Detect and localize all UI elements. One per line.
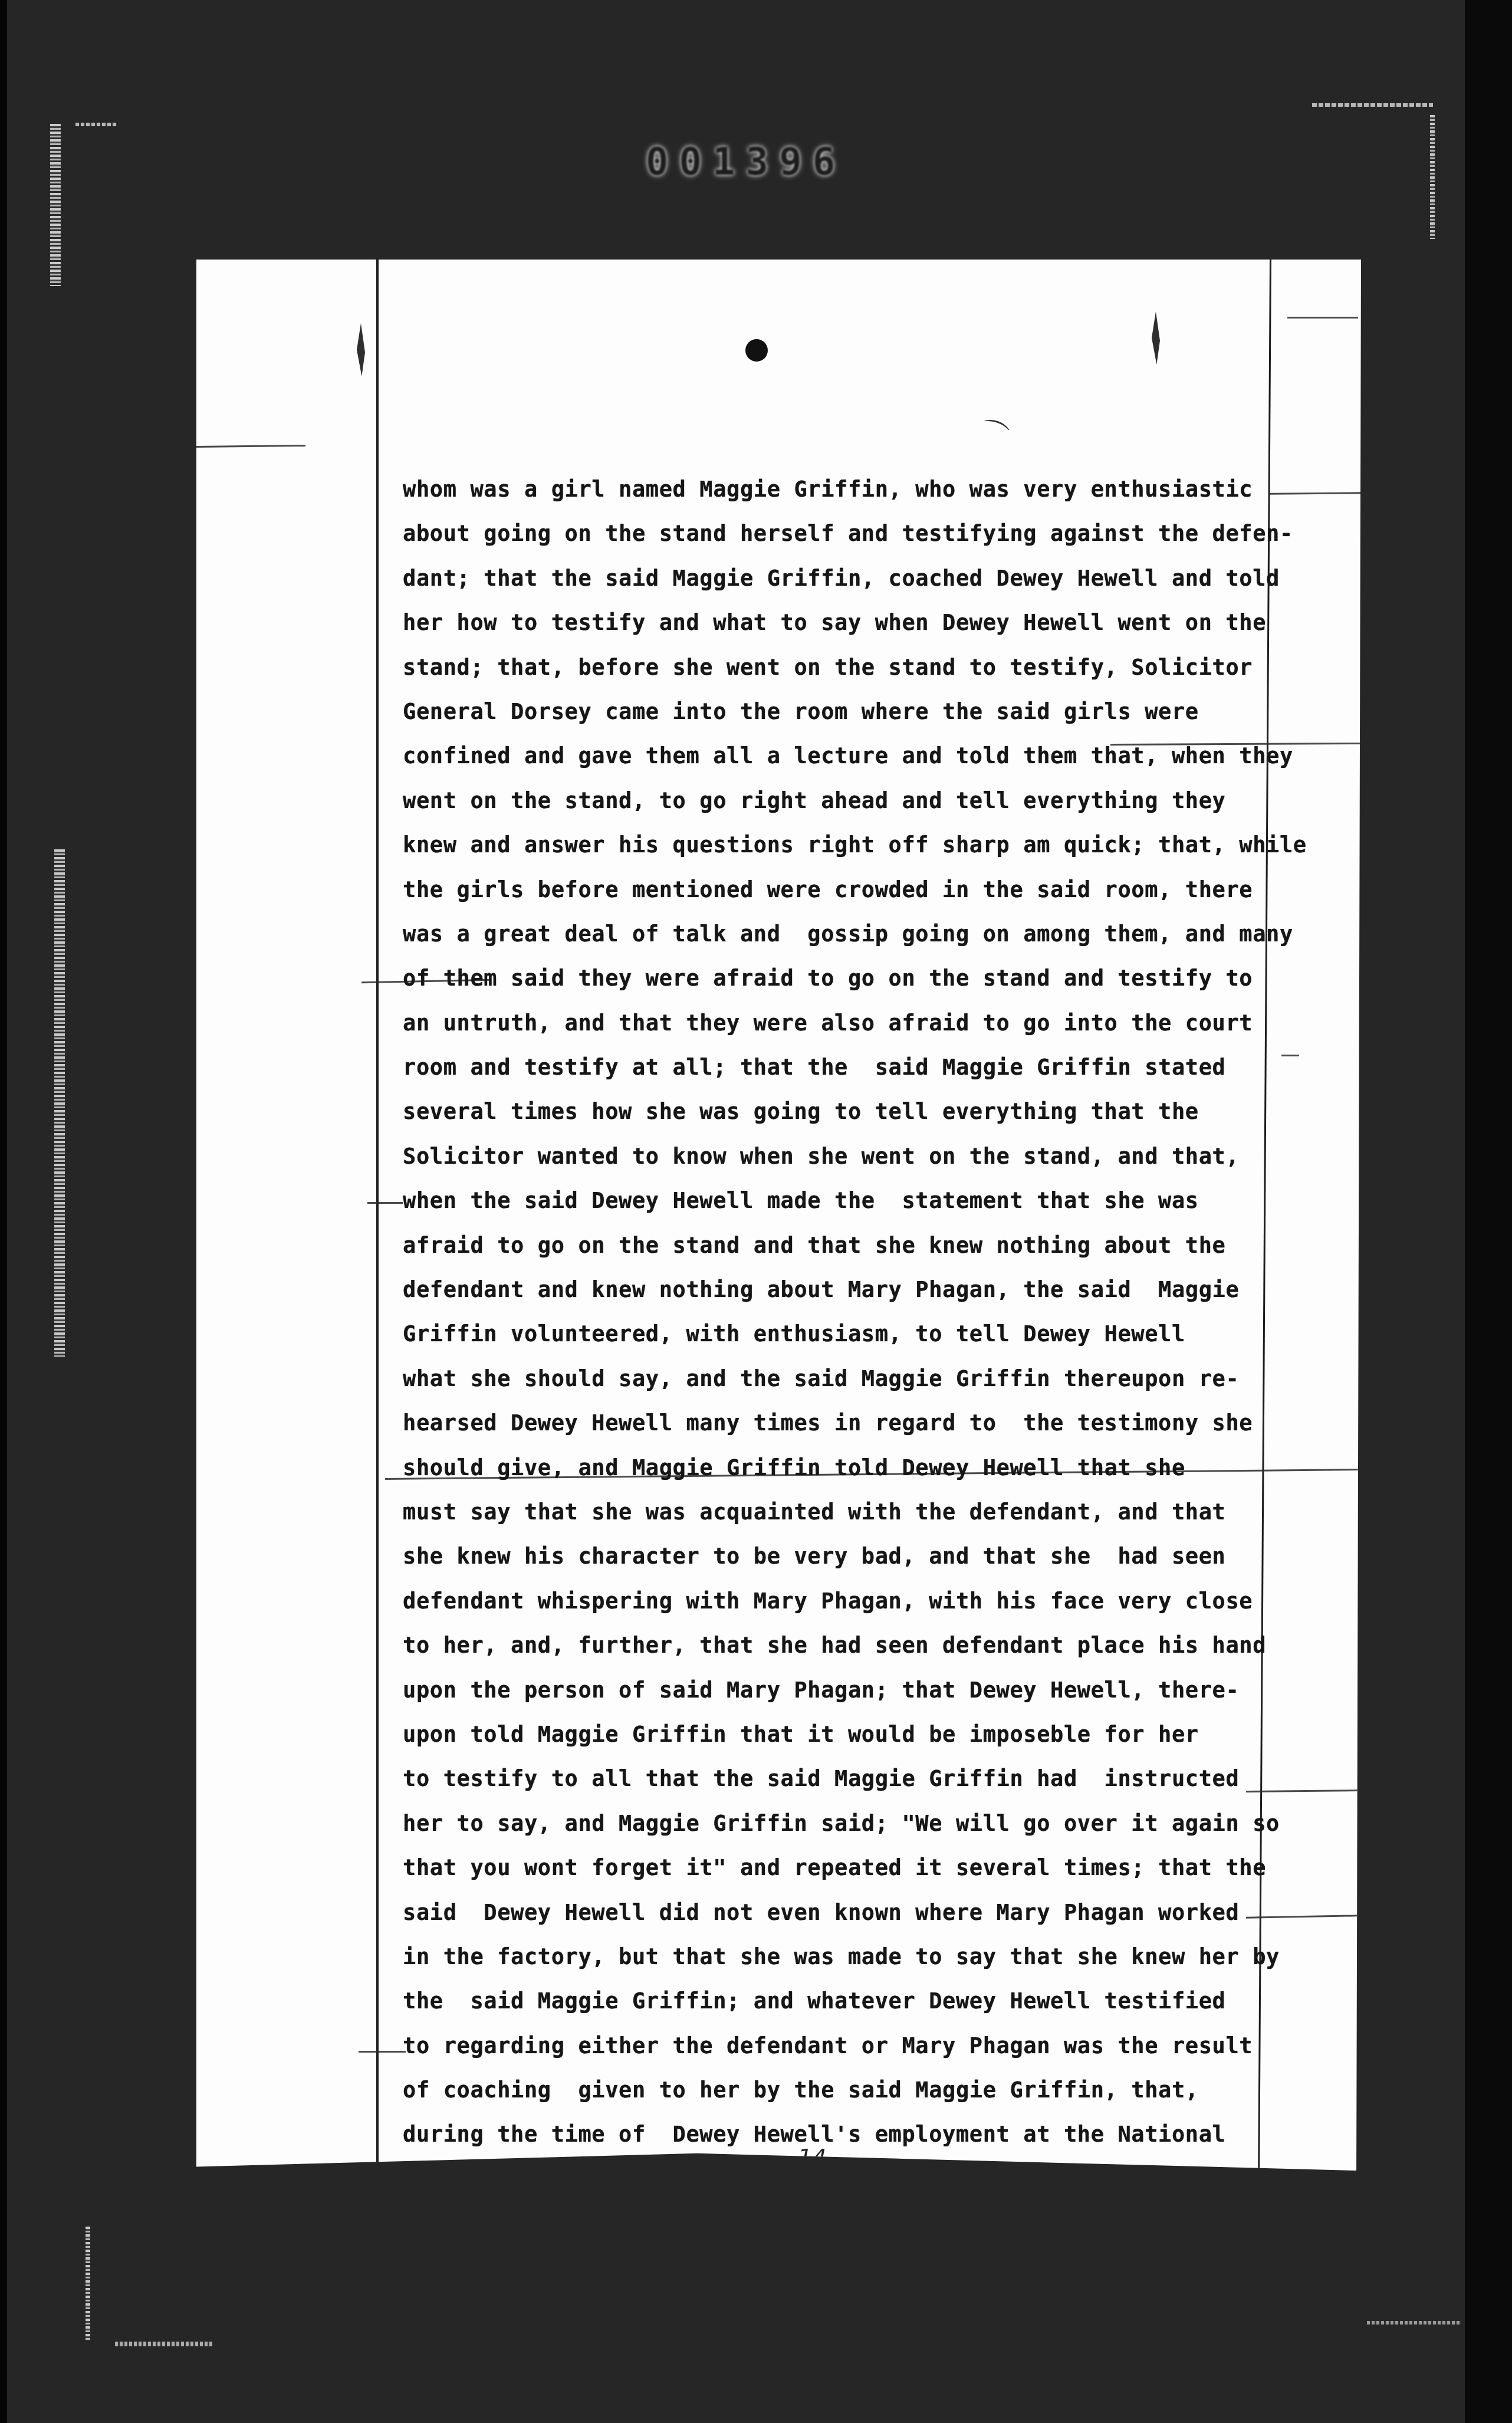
text-line: the said Maggie Griffin; and whatever De…	[403, 1979, 1405, 2023]
text-line: knew and answer his questions right off …	[403, 823, 1405, 867]
text-line: of coaching given to her by the said Mag…	[403, 2068, 1405, 2112]
text-line: in the factory, but that she was made to…	[403, 1935, 1405, 1979]
fold-line	[1287, 317, 1358, 319]
text-line: said Dewey Hewell did not even known whe…	[403, 1890, 1405, 1935]
text-line: defendant whispering with Mary Phagan, w…	[403, 1579, 1405, 1623]
text-line: should give, and Maggie Griffin told Dew…	[403, 1446, 1405, 1490]
text-line: whom was a girl named Maggie Griffin, wh…	[403, 467, 1405, 511]
text-line: her to say, and Maggie Griffin said; "We…	[403, 1801, 1405, 1846]
text-line: she knew his character to be very bad, a…	[403, 1534, 1405, 1578]
handwritten-page-number: 14	[798, 2144, 826, 2170]
film-edge-mark	[75, 123, 117, 126]
text-line: dant; that the said Maggie Griffin, coac…	[403, 556, 1405, 600]
text-line: must say that she was acquainted with th…	[403, 1490, 1405, 1534]
text-line: was a great deal of talk and gossip goin…	[403, 912, 1405, 956]
film-sprocket-strip	[50, 124, 61, 286]
text-line: several times how she was going to tell …	[403, 1089, 1405, 1134]
film-sprocket-strip	[54, 849, 65, 1357]
film-sprocket-strip	[86, 2227, 90, 2342]
text-line: to testify to all that the said Maggie G…	[403, 1756, 1405, 1801]
text-line: hearsed Dewey Hewell many times in regar…	[403, 1401, 1405, 1445]
text-line: upon told Maggie Griffin that it would b…	[403, 1712, 1405, 1756]
film-edge-mark	[115, 2342, 212, 2346]
pencil-check-mark: ⌒	[975, 409, 1014, 455]
fold-line	[359, 2051, 406, 2053]
fold-line	[196, 445, 305, 448]
left-margin-rule	[376, 260, 379, 2171]
text-line: stand; that, before she went on the stan…	[403, 645, 1405, 690]
text-line: about going on the stand herself and tes…	[403, 511, 1405, 556]
film-edge-mark	[1367, 2321, 1461, 2324]
fold-line	[367, 1202, 403, 1204]
text-line: that you wont forget it" and repeated it…	[403, 1846, 1405, 1890]
text-line: confined and gave them all a lecture and…	[403, 734, 1405, 778]
text-line: defendant and knew nothing about Mary Ph…	[403, 1268, 1405, 1312]
text-line: to regarding either the defendant or Mar…	[403, 2024, 1405, 2068]
text-line: what she should say, and the said Maggie…	[403, 1357, 1405, 1401]
typed-body-text: whom was a girl named Maggie Griffin, wh…	[403, 467, 1405, 2157]
text-line: Griffin volunteered, with enthusiasm, to…	[403, 1312, 1405, 1356]
film-edge-mark	[1312, 103, 1433, 107]
text-line: her how to testify and what to say when …	[403, 600, 1405, 645]
binding-mark	[357, 323, 365, 376]
text-line: went on the stand, to go right ahead and…	[403, 779, 1405, 823]
text-line: an untruth, and that they were also afra…	[403, 1001, 1405, 1045]
document-page: ⌒ whom was a girl named Maggie Griffin, …	[196, 260, 1361, 2171]
frame-number: 001396	[646, 140, 846, 184]
text-line: the girls before mentioned were crowded …	[403, 868, 1405, 912]
film-edge-right	[1465, 0, 1512, 2423]
text-line: afraid to go on the stand and that she k…	[403, 1223, 1405, 1268]
text-line: Solicitor wanted to know when she went o…	[403, 1134, 1405, 1178]
text-line: during the time of Dewey Hewell's employ…	[403, 2112, 1405, 2156]
binding-mark	[1152, 311, 1160, 365]
text-line: of them said they were afraid to go on t…	[403, 956, 1405, 1000]
text-line: room and testify at all; that the said M…	[403, 1045, 1405, 1089]
text-line: upon the person of said Mary Phagan; tha…	[403, 1668, 1405, 1712]
text-line: when the said Dewey Hewell made the stat…	[403, 1178, 1405, 1223]
text-line: to her, and, further, that she had seen …	[403, 1623, 1405, 1667]
film-edge-left	[0, 0, 7, 2423]
punch-hole	[745, 339, 768, 362]
text-line: General Dorsey came into the room where …	[403, 690, 1405, 734]
film-sprocket-strip	[1430, 115, 1435, 239]
